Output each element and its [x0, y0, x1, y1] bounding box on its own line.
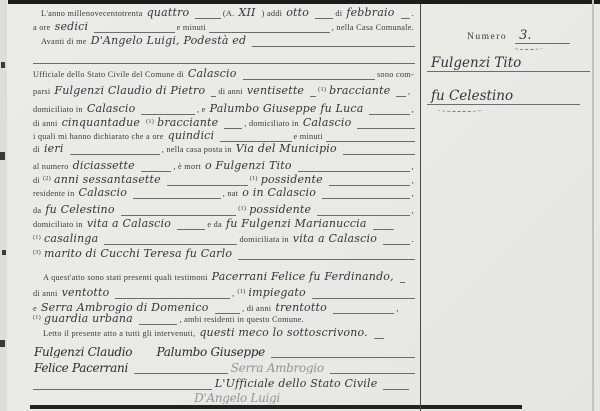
printed-label: , [412, 176, 414, 185]
blank-rule [317, 205, 409, 216]
blank-rule [211, 86, 216, 97]
printed-label: , e [197, 105, 206, 114]
handwritten-entry: XII [237, 6, 259, 19]
blank-rule [134, 363, 228, 374]
form-line: Fulgenzi ClaudioPalumbo Giuseppe [33, 345, 417, 358]
scan-speck [0, 340, 5, 347]
printed-label: e minuti [294, 132, 323, 141]
footnote-marker: (1) [33, 314, 41, 321]
handwritten-entry: Via del Municipio [235, 142, 341, 155]
printed-label: , ambi residenti in questo Comune. [179, 315, 303, 324]
printed-label: residente in [33, 189, 74, 198]
printed-label: ) addì [262, 9, 283, 18]
blank-rule [383, 379, 408, 390]
margin-deceased-patronymic-row: fu Celestino [427, 88, 582, 105]
blank-rule [329, 175, 410, 186]
form-line: Avanti di meD'Angelo Luigi, Podestà ed [33, 34, 417, 47]
printed-label: sono com- [377, 70, 414, 79]
signature-entry: Fulgenzi Claudio [33, 345, 136, 358]
printed-label: e da [207, 220, 222, 229]
handwritten-entry: Pacerrani Felice fu Ferdinando, [211, 270, 398, 283]
blank-rule [373, 219, 394, 230]
printed-label: di anni [218, 87, 243, 96]
printed-label: di [33, 145, 40, 154]
printed-label: Letto il presente atto a tutti gli inter… [43, 329, 195, 338]
printed-label: , nella casa posta in [162, 145, 232, 154]
blank-rule [271, 347, 415, 358]
printed-label: , [412, 189, 414, 198]
blank-rule [195, 8, 221, 19]
blank-rule [369, 104, 409, 115]
handwritten-entry: possidente [260, 173, 327, 186]
blank-rule [121, 205, 237, 216]
handwritten-entry: Calascio [77, 186, 131, 199]
footnote-marker: (1) [237, 288, 245, 295]
printed-label: domiciliato in [33, 220, 83, 229]
handwritten-entry: cinquantadue [61, 116, 145, 129]
blank-rule [238, 249, 415, 260]
blank-rule [252, 36, 415, 47]
handwritten-entry: bracciante [328, 84, 394, 97]
blank-rule [33, 53, 415, 64]
handwritten-entry: febbraio [345, 6, 398, 19]
printed-label: . [412, 235, 414, 244]
form-line: (1)casalingadomiciliata invita a Calasci… [33, 232, 417, 245]
form-body: L'anno millenovecentotrentaquattro(A.XII… [33, 0, 417, 411]
printed-label: di anni [33, 289, 58, 298]
form-line: Letto il presente atto a tutti gli inter… [33, 326, 417, 339]
handwritten-entry: ventisette [246, 84, 308, 97]
handwritten-entry: Palumbo Giuseppe fu Luca [209, 102, 368, 115]
printed-label: , domiciliato in [244, 119, 298, 128]
form-line: L'anno millenovecentotrentaquattro(A.XII… [33, 6, 417, 19]
form-line: a oresedicie minuti, nella Casa Comunale… [33, 20, 417, 33]
handwritten-entry: marito di Cucchi Teresa fu Carlo [43, 247, 236, 260]
handwritten-entry: guardia urbana [43, 312, 137, 325]
form-line: di anniventotto,(1)impiegato [33, 286, 417, 299]
printed-label: e minuti [177, 23, 206, 32]
printed-label: a ore [33, 23, 51, 32]
printed-label: i quali mi hanno dichiarato che a ore [33, 132, 164, 141]
record-number-row: Numero 3. [467, 28, 572, 44]
blank-rule [220, 131, 291, 142]
blank-rule [401, 8, 410, 19]
blank-rule [343, 144, 415, 155]
footnote-marker: (1) [146, 118, 154, 125]
printed-label: , è mort [173, 162, 201, 171]
handwritten-entry: sedici [54, 20, 93, 33]
footnote-marker: (2) [43, 175, 51, 182]
blank-rule [167, 175, 248, 186]
handwritten-entry: Fulgenzi Claudio di Pietro [53, 84, 209, 97]
form-line: A quest'atto sono stati presenti quali t… [33, 270, 417, 283]
margin-deceased-name: Fulgenzi Tito [427, 55, 525, 72]
footnote-marker: (1) [33, 234, 41, 241]
blank-rule [209, 22, 330, 33]
handwritten-entry: o in Calascio [241, 186, 320, 199]
blank-rule [315, 8, 333, 19]
blank-rule [141, 104, 195, 115]
printed-label: di [335, 9, 342, 18]
numero-label: Numero [467, 32, 507, 42]
printed-label: , nat [223, 189, 239, 198]
footnote-marker: (1) [238, 205, 246, 212]
form-line: domiciliato invita a Calascioe dafu Fulg… [33, 217, 417, 230]
blank-rule [115, 288, 230, 299]
pen-flourish [513, 46, 543, 50]
blank-rule [33, 379, 212, 390]
blank-rule [517, 94, 580, 105]
form-line: di(2)anni sessantasette(1)possidente, [33, 173, 417, 186]
printed-label: , [412, 206, 414, 215]
handwritten-entry: Calascio [302, 116, 356, 129]
printed-label: domiciliata in [239, 235, 288, 244]
printed-label: al numero [33, 162, 69, 171]
printed-label: A quest'atto sono stati presenti quali t… [43, 273, 208, 282]
margin-column: Numero 3. Fulgenzi Tito fu Celestino [421, 0, 600, 411]
handwritten-entry: possidente [248, 203, 315, 216]
blank-rule [133, 188, 221, 199]
blank-rule [383, 234, 410, 245]
blank-rule [94, 22, 174, 33]
form-line: residente inCalascio, nato in Calascio, [33, 186, 417, 199]
printed-label: , [412, 162, 414, 171]
printed-label: parsi [33, 87, 50, 96]
handwritten-entry: otto [285, 6, 313, 19]
printed-label: , [412, 105, 414, 114]
form-line: L'Ufficiale dello Stato Civile [33, 377, 417, 390]
handwritten-entry: quindici [167, 129, 219, 142]
pen-flourish [437, 108, 483, 112]
blank-rule [565, 33, 570, 44]
handwritten-entry: anni sessantasette [53, 173, 165, 186]
footnote-marker: (1) [318, 86, 326, 93]
handwritten-entry: impiegato [247, 286, 309, 299]
handwritten-entry: fu Celestino [44, 203, 118, 216]
handwritten-entry: D'Angelo Luigi, Podestà ed [90, 34, 251, 47]
numero-value: 3. [515, 28, 565, 44]
form-line: di annicinquantadue(1)bracciante, domici… [33, 116, 417, 129]
death-record-page: L'anno millenovecentotrentaquattro(A.XII… [0, 0, 600, 411]
blank-rule [312, 288, 415, 299]
handwritten-entry: vita a Calascio [292, 232, 381, 245]
handwritten-entry: vita a Calascio [86, 217, 175, 230]
margin-deceased-name-row: Fulgenzi Tito [427, 55, 592, 72]
scan-speck [2, 250, 6, 255]
blank-rule [326, 131, 415, 142]
handwritten-entry: L'Ufficiale dello Stato Civile [214, 377, 381, 390]
printed-label: Avanti di me [41, 37, 87, 46]
blank-rule [330, 363, 415, 374]
handwritten-entry: casalinga [43, 232, 102, 245]
form-line [33, 51, 417, 64]
form-line: (1)guardia urbana, ambi residenti in que… [33, 312, 417, 325]
handwritten-entry: Calascio [187, 67, 241, 80]
form-line: parsiFulgenzi Claudio di Pietrodi annive… [33, 84, 417, 97]
footnote-marker: (3) [33, 249, 41, 256]
blank-rule [104, 234, 237, 245]
printed-label: , nella Casa Comunale. [332, 23, 414, 32]
form-line: Ufficiale dello Stato Civile del Comune … [33, 67, 417, 80]
handwritten-entry: questi meco lo sottoscrivono. [198, 326, 372, 339]
margin-deceased-patronymic: fu Celestino [427, 88, 517, 105]
signature-entry: D'Angelo Luigi [193, 391, 284, 404]
blank-rule [141, 161, 172, 172]
printed-label: Ufficiale dello Stato Civile del Comune … [33, 70, 184, 79]
blank-rule [396, 86, 406, 97]
printed-label: , [232, 289, 234, 298]
printed-label: da [33, 206, 41, 215]
printed-label: L'anno millenovecentotrenta [41, 9, 143, 18]
blank-rule [310, 86, 316, 97]
form-line: diieri, nella casa posta inVia del Munic… [33, 142, 417, 155]
blank-rule [70, 144, 160, 155]
printed-label: domiciliato in [33, 105, 83, 114]
handwritten-entry: diciassette [72, 159, 139, 172]
printed-label: , [408, 87, 410, 96]
handwritten-entry: ventotto [61, 286, 114, 299]
handwritten-entry: quattro [146, 6, 194, 19]
blank-rule [400, 272, 405, 283]
printed-label: di [33, 176, 40, 185]
signature-entry: Palumbo Giuseppe [156, 345, 269, 358]
form-line: Felice PacerraniSerra Ambrogio [33, 361, 417, 374]
handwritten-entry: fu Fulgenzi Marianuccia [225, 217, 371, 230]
form-line: domiciliato inCalascio, ePalumbo Giusepp… [33, 102, 417, 115]
handwritten-entry: Calascio [86, 102, 140, 115]
blank-rule [298, 161, 410, 172]
blank-rule [525, 61, 590, 72]
printed-label: di anni [33, 119, 58, 128]
form-line: D'Angelo Luigi [33, 391, 417, 404]
scan-speck [0, 152, 5, 160]
scan-speck [1, 62, 5, 68]
blank-rule [139, 314, 178, 325]
blank-rule [177, 219, 205, 230]
form-line: (3)marito di Cucchi Teresa fu Carlo [33, 247, 417, 260]
blank-rule [374, 328, 384, 339]
handwritten-entry: bracciante [156, 116, 222, 129]
form-line: dafu Celestino(1)possidente, [33, 203, 417, 216]
blank-rule [224, 118, 242, 129]
form-line: al numerodiciassette, è morto Fulgenzi T… [33, 159, 417, 172]
handwritten-entry: ieri [43, 142, 68, 155]
printed-label: (A. [223, 9, 235, 18]
form-line: i quali mi hanno dichiarato che a orequi… [33, 129, 417, 142]
blank-rule [322, 188, 410, 199]
blank-rule [357, 118, 415, 129]
handwritten-entry: o Fulgenzi Tito [204, 159, 296, 172]
signature-entry: Felice Pacerrani [33, 361, 132, 374]
footnote-marker: (1) [250, 175, 258, 182]
printed-label: . [412, 9, 414, 18]
blank-rule [243, 69, 375, 80]
signature-entry: Serra Ambrogio [230, 361, 328, 374]
